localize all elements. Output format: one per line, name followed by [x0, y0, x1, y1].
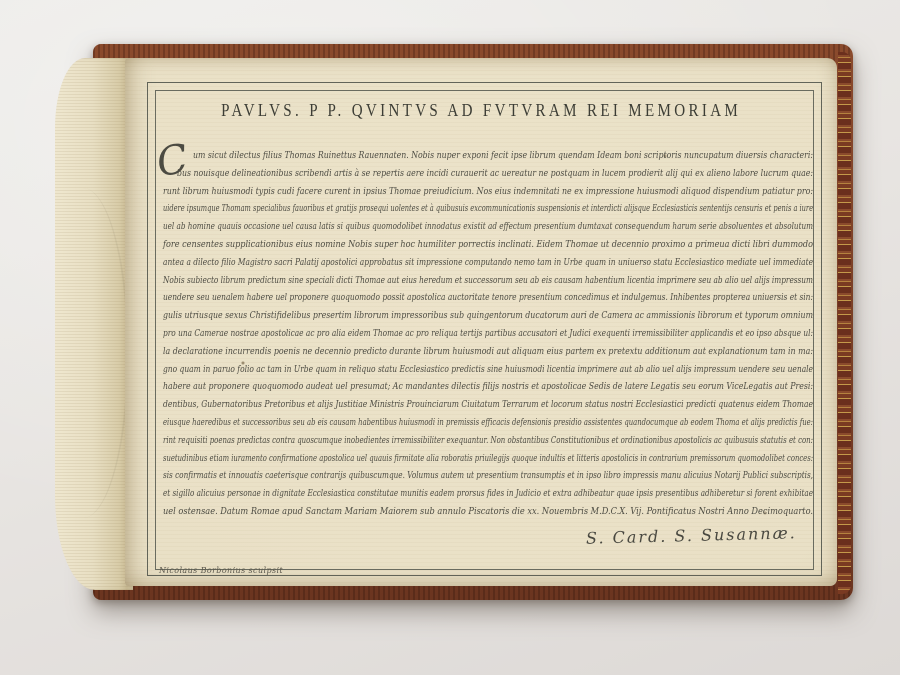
document-line-text: runt librum huiusmodi typis cudi facere …: [163, 187, 813, 197]
document-body: C um sicut dilectus filius Thomas Ruinet…: [163, 144, 813, 518]
document-line: et sigillo alicuius personae in dignitat…: [163, 482, 813, 500]
document-line-text: fore censentes supplicationibus eius nom…: [163, 240, 813, 250]
document-line: antea a dilecto filio Magistro sacri Pal…: [163, 251, 813, 269]
document-line-text: bus nouisque delineationibus scribendi a…: [177, 169, 813, 179]
engraved-page: PAVLVS. P P. QVINTVS AD FVTVRAM REI MEMO…: [125, 58, 837, 586]
document-line-text: pro una Camerae nostrae apostolicae ac p…: [163, 329, 813, 339]
document-line-text: uidere ipsumque Thomam specialibus fauor…: [163, 204, 813, 214]
document-line: gulis utriusque sexus Christifidelibus p…: [163, 304, 813, 322]
document-line: habere aut proponere quoquomodo audeat u…: [163, 375, 813, 393]
page-stack-edge: [55, 58, 133, 590]
document-line-text: eiusque haeredibus et successoribus seu …: [163, 418, 813, 428]
document-line-text: et sigillo alicuius personae in dignitat…: [163, 489, 813, 499]
document-line: Nobis subiecto librum predictum sine spe…: [163, 269, 813, 287]
document-line: runt librum huiusmodi typis cudi facere …: [163, 180, 813, 198]
document-line-text: Nobis subiecto librum predictum sine spe…: [163, 276, 813, 286]
document-line: pro una Camerae nostrae apostolicae ac p…: [163, 322, 813, 340]
document-line: sis confirmatis et innouatis caeterisque…: [163, 464, 813, 482]
document-line: fore censentes supplicationibus eius nom…: [163, 233, 813, 251]
document-line: suetudinibus etiam iuramento confirmatio…: [163, 447, 813, 465]
document-line-text: gno quam in paruo folio ac tam in Urbe q…: [163, 365, 813, 375]
document-line: uidere ipsumque Thomam specialibus fauor…: [163, 197, 813, 215]
document-line-text: habere aut proponere quoquomodo audeat u…: [163, 382, 813, 392]
document-line: bus nouisque delineationibus scribendi a…: [163, 162, 813, 180]
document-line-text: sis confirmatis et innouatis caeterisque…: [163, 471, 813, 481]
document-line: gno quam in paruo folio ac tam in Urbe q…: [163, 358, 813, 376]
page-showthrough: [37, 188, 129, 518]
document-line: uel ostensae. Datum Romae apud Sanctam M…: [163, 500, 813, 518]
engraver-credit: Nicolaus Borbonius sculpsit: [159, 566, 283, 575]
document-line-text: uel ab homine quauis occasione uel causa…: [163, 222, 813, 232]
page-title-text: PAVLVS. P P. QVINTVS AD FVTVRAM REI MEMO…: [221, 100, 741, 121]
document-line-text: gulis utriusque sexus Christifidelibus p…: [163, 311, 813, 321]
document-line-text: suetudinibus etiam iuramento confirmatio…: [163, 454, 813, 464]
document-line-text: um sicut dilectus filius Thomas Ruinettu…: [193, 151, 813, 161]
document-line-text: la declaratione incurrendis poenis ne de…: [163, 347, 813, 357]
document-line-text: uel ostensae. Datum Romae apud Sanctam M…: [163, 507, 813, 517]
document-line-text: rint requisiti poenas predictas contra q…: [163, 436, 813, 446]
document-line: uel ab homine quauis occasione uel causa…: [163, 215, 813, 233]
document-line: dentibus, Gubernatoribus Pretoribus et a…: [163, 393, 813, 411]
document-line-text: dentibus, Gubernatoribus Pretoribus et a…: [163, 400, 813, 410]
photo-background: PAVLVS. P P. QVINTVS AD FVTVRAM REI MEMO…: [0, 0, 900, 675]
document-line: uendere seu uenalem habere uel proponere…: [163, 286, 813, 304]
page-title: PAVLVS. P P. QVINTVS AD FVTVRAM REI MEMO…: [125, 100, 837, 121]
document-line: eiusque haeredibus et successoribus seu …: [163, 411, 813, 429]
document-line-text: uendere seu uenalem habere uel proponere…: [163, 293, 813, 303]
open-book: PAVLVS. P P. QVINTVS AD FVTVRAM REI MEMO…: [55, 44, 853, 600]
gilt-fore-edge: [838, 52, 851, 594]
document-line: la declaratione incurrendis poenis ne de…: [163, 340, 813, 358]
document-line: um sicut dilectus filius Thomas Ruinettu…: [163, 144, 813, 162]
document-line-text: antea a dilecto filio Magistro sacri Pal…: [163, 258, 813, 268]
document-line: rint requisiti poenas predictas contra q…: [163, 429, 813, 447]
